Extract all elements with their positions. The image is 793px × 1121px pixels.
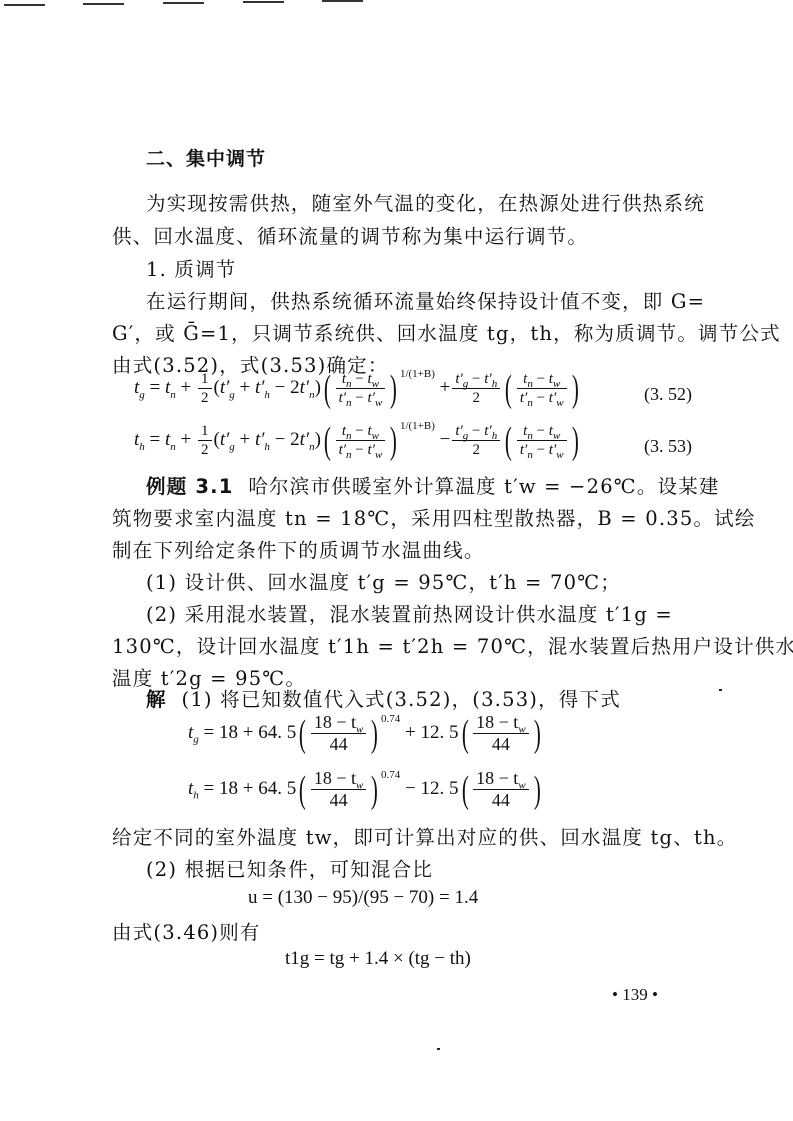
equation-th: th = 18 + 64. 5(18 − tw44)0.74 − 12. 5(1…	[188, 768, 543, 811]
paragraph-line: G′，或 Ḡ=1，只调节系统供、回水温度 tg，th，称为质调节。调节公式	[112, 318, 781, 346]
paragraph-line: 由式(3.46)则有	[112, 917, 261, 945]
equation-3-53: th = tn + 12(t′g + t′h − 2t′n)(tn − twt′…	[134, 420, 581, 460]
page-number: • 139 •	[612, 985, 658, 1005]
solution-step-2: (2) 根据已知条件，可知混合比	[146, 854, 433, 882]
intro-paragraph-line: 为实现按需供热，随室外气温的变化，在热源处进行供热系统	[146, 188, 705, 216]
paragraph-line: 在运行期间，供热系统循环流量始终保持设计值不变，即 G=	[146, 286, 705, 314]
condition-1: (1) 设计供、回水温度 t′g = 95℃，t′h = 70℃；	[146, 567, 621, 595]
stray-mark	[719, 689, 722, 691]
equation-number: (3. 52)	[644, 384, 692, 405]
equation-tg: tg = 18 + 64. 5(18 − tw44)0.74 + 12. 5(1…	[188, 712, 543, 755]
example-label: 例题 3.1	[146, 475, 234, 498]
equation-3-52: tg = tn + 12(t′g + t′h − 2t′n)(tn − twt′…	[134, 368, 581, 408]
header-rule	[83, 3, 124, 5]
condition-2-line: 130℃，设计回水温度 t′1h = t′2h = 70℃，混水装置后热用户设计…	[112, 631, 793, 659]
paragraph-line: 给定不同的室外温度 tw，即可计算出对应的供、回水温度 tg、th。	[112, 822, 737, 850]
intro-paragraph-line: 供、回水温度、循环流量的调节称为集中运行调节。	[112, 221, 588, 249]
solution-step-1: 解 (1) 将已知数值代入式(3.52)，(3.53)，得下式	[146, 684, 621, 712]
header-rule	[322, 0, 363, 2]
condition-2-line: (2) 采用混水装置，混水装置前热网设计供水温度 t′1g =	[146, 599, 673, 627]
mix-ratio-equation: u = (130 − 95)/(95 − 70) = 1.4	[248, 887, 478, 909]
header-rule	[243, 1, 284, 3]
example-line: 例题 3.1 哈尔滨市供暖室外计算温度 t′w = −26℃。设某建	[146, 471, 720, 499]
equation-number: (3. 53)	[644, 436, 692, 457]
example-line: 筑物要求室内温度 tn = 18℃，采用四柱型散热器，B = 0.35。试绘	[112, 503, 756, 531]
subsection-heading: 1. 质调节	[146, 254, 237, 282]
final-equation: t1g = tg + 1.4 × (tg − th)	[285, 948, 471, 970]
stray-mark	[437, 1048, 440, 1050]
header-rule	[163, 2, 204, 4]
solution-label: 解	[146, 688, 167, 711]
section-heading: 二、集中调节	[146, 144, 266, 171]
header-rule	[4, 4, 45, 6]
example-line: 制在下列给定条件下的质调节水温曲线。	[112, 535, 485, 563]
